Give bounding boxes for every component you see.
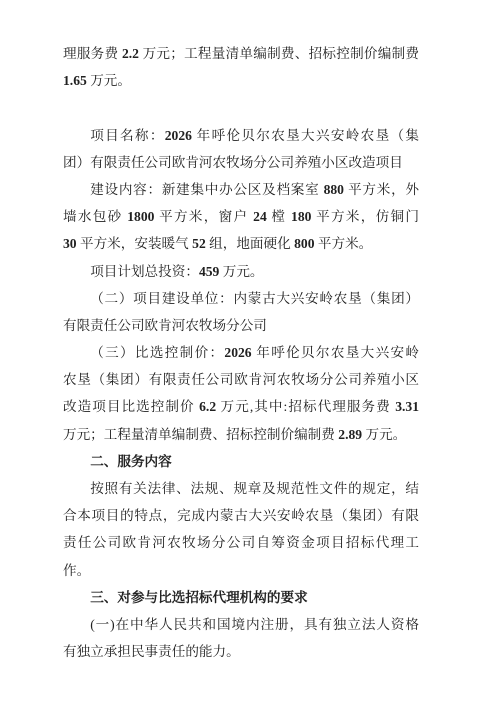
para-requirement-one: (一)在中华人民共和国境内注册，具有独立法人资格有独立承担民事责任的能力。 [63, 611, 419, 665]
text-line: 有独立承担民事责任的能力。 [63, 638, 419, 665]
text-line [63, 94, 419, 121]
number-text: 1800 [127, 209, 154, 224]
number-text: 24 [253, 209, 267, 224]
text-line: 万元；工程量清单编制费、招标控制价编制费 2.89 万元。 [63, 421, 419, 448]
text-line: 改造项目比选控制价 6.2 万元,其中:招标代理服务费 3.31 [63, 393, 419, 420]
number-text: 1.65 [63, 73, 87, 88]
document-page: 理服务费 2.2 万元；工程量清单编制费、招标控制价编制费1.65 万元。 项目… [0, 0, 503, 703]
text-line: 1.65 万元。 [63, 67, 419, 94]
text-line: 农垦（集团）有限责任公司欧肯河农牧场分公司养殖小区 [63, 366, 419, 393]
number-text: 52 [192, 236, 206, 251]
heading-line: 二、服务内容 [63, 448, 419, 475]
heading-section-two-service-content: 二、服务内容 [63, 448, 419, 475]
document-content: 理服务费 2.2 万元；工程量清单编制费、招标控制价编制费1.65 万元。 项目… [63, 40, 419, 665]
number-text: 880 [324, 182, 344, 197]
para-service-description: 按照有关法律、法规、规章及规范性文件的规定，结合本项目的特点，完成内蒙古大兴安岭… [63, 475, 419, 584]
text-line: 30 平方米，安装暖气 52 组，地面硬化 800 平方米。 [63, 230, 419, 257]
text-line: （三）比选控制价：2026 年呼伦贝尔农垦大兴安岭 [63, 339, 419, 366]
text-line: (一)在中华人民共和国境内注册，具有独立法人资格 [63, 611, 419, 638]
text-line: （二）项目建设单位：内蒙古大兴安岭农垦（集团） [63, 285, 419, 312]
para-total-investment: 项目计划总投资：459 万元。 [63, 258, 419, 285]
number-text: 459 [199, 264, 219, 279]
number-text: 6.2 [199, 399, 216, 414]
number-text: 800 [294, 236, 314, 251]
text-line: 按照有关法律、法规、规章及规范性文件的规定，结 [63, 475, 419, 502]
text-line: 项目名称：2026 年呼伦贝尔农垦大兴安岭农垦（集 [63, 122, 419, 149]
text-line: 墙水包砂 1800 平方米，窗户 24 樘 180 平方米，仿铜门 [63, 203, 419, 230]
number-text: 2.2 [122, 46, 139, 61]
text-line: 理服务费 2.2 万元；工程量清单编制费、招标控制价编制费 [63, 40, 419, 67]
number-text: 2026 [165, 128, 192, 143]
number-text: 180 [291, 209, 311, 224]
number-text: 2026 [224, 345, 251, 360]
text-line: 建设内容：新建集中办公区及档案室 880 平方米，外 [63, 176, 419, 203]
para-project-name: 项目名称：2026 年呼伦贝尔农垦大兴安岭农垦（集团）有限责任公司欧肯河农牧场分… [63, 122, 419, 176]
para-item-three-control-price: （三）比选控制价：2026 年呼伦贝尔农垦大兴安岭农垦（集团）有限责任公司欧肯河… [63, 339, 419, 448]
text-line: 有限责任公司欧肯河农牧场分公司 [63, 312, 419, 339]
blank-line [63, 94, 419, 121]
para-construction-content: 建设内容：新建集中办公区及档案室 880 平方米，外墙水包砂 1800 平方米，… [63, 176, 419, 258]
text-line: 团）有限责任公司欧肯河农牧场分公司养殖小区改造项目 [63, 149, 419, 176]
para-fee-continuation: 理服务费 2.2 万元；工程量清单编制费、招标控制价编制费1.65 万元。 [63, 40, 419, 94]
heading-line: 三、对参与比选招标代理机构的要求 [63, 584, 419, 611]
number-text: 2.89 [338, 427, 362, 442]
text-line: 责任公司欧肯河农牧场分公司自筹资金项目招标代理工 [63, 529, 419, 556]
para-item-two-construction-unit: （二）项目建设单位：内蒙古大兴安岭农垦（集团）有限责任公司欧肯河农牧场分公司 [63, 285, 419, 339]
heading-section-three-agency-requirements: 三、对参与比选招标代理机构的要求 [63, 584, 419, 611]
number-text: 3.31 [395, 399, 419, 414]
text-line: 合本项目的特点，完成内蒙古大兴安岭农垦（集团）有限 [63, 502, 419, 529]
text-line: 作。 [63, 557, 419, 584]
number-text: 30 [63, 236, 77, 251]
text-line: 项目计划总投资：459 万元。 [63, 258, 419, 285]
